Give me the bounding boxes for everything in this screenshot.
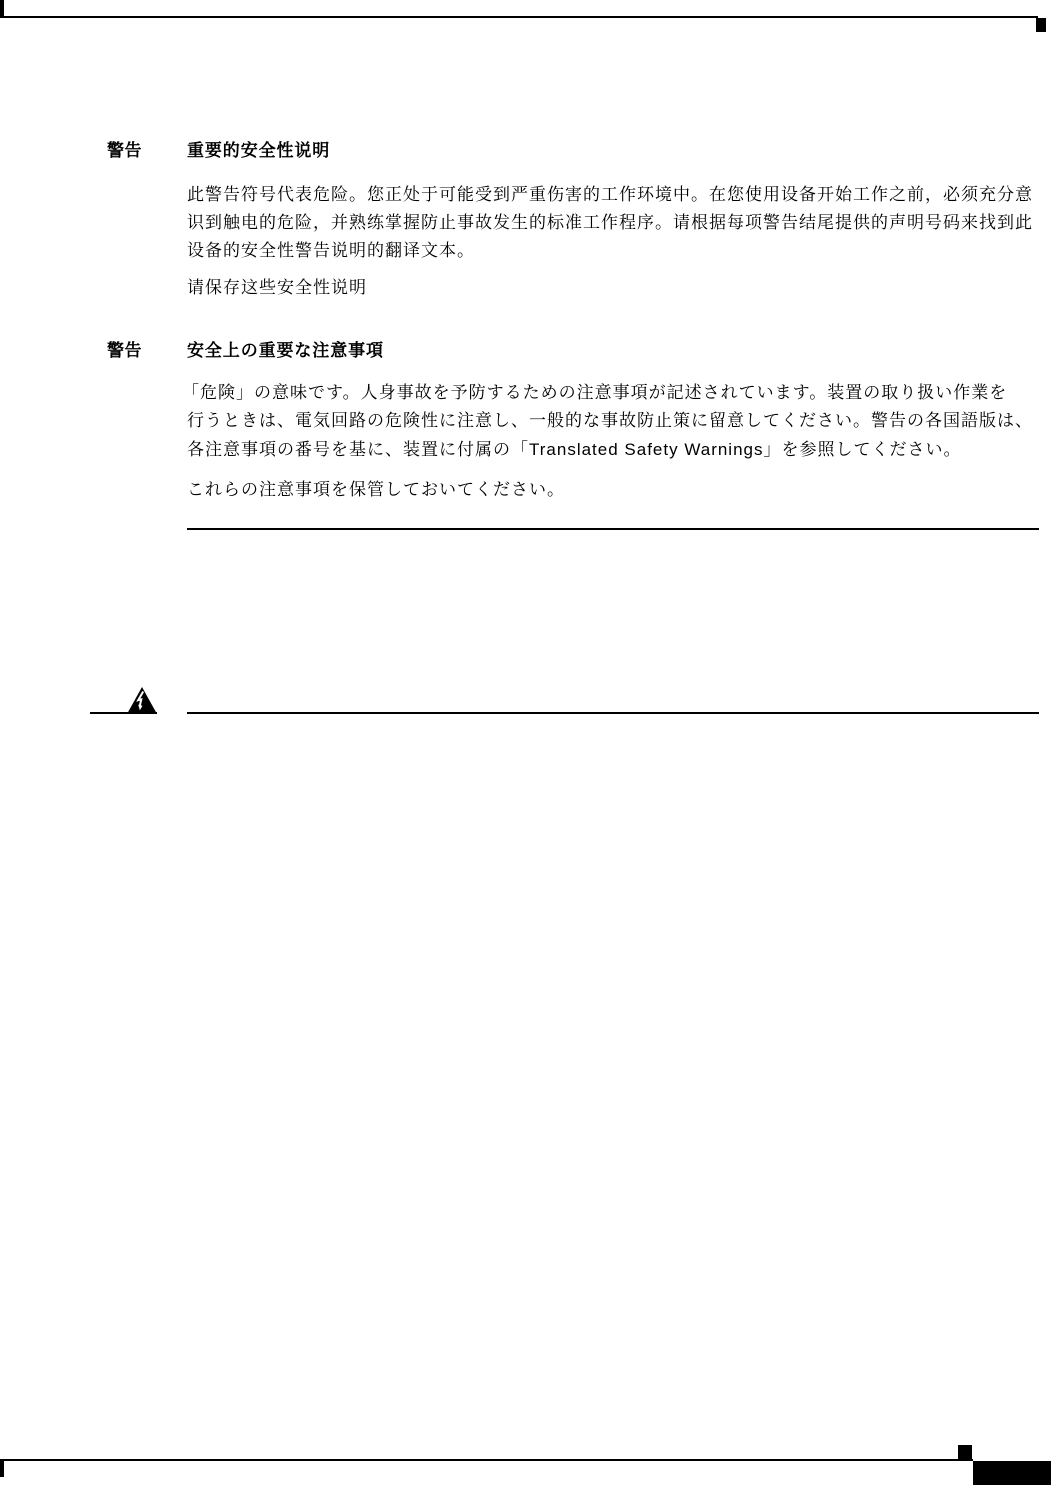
warning-body-line: 此警告符号代表危险。您正处于可能受到严重伤害的工作环境中。在您使用设备开始工作之… <box>187 185 1033 205</box>
warning-body-line: 「危険」の意味です。人身事故を予防するための注意事項が記述されています。装置の取… <box>182 383 1007 403</box>
warning-closing-zh: 请保存这些安全性说明 <box>187 278 367 298</box>
crop-mark-bottom-left <box>0 1461 4 1477</box>
warning-body-line: 识到触电的危险，并熟练掌握防止事故发生的标准工作程序。请根据每项警告结尾提供的声… <box>187 213 1033 233</box>
warning-end-rule <box>187 528 1039 530</box>
warning-label-ja: 警告 <box>107 341 142 361</box>
warning-body-line: 行うときは、電気回路の危険性に注意し、一般的な事故防止策に留意してください。警告… <box>187 411 1033 431</box>
warning-closing-ja: これらの注意事項を保管しておいてください。 <box>187 480 565 500</box>
warning-start-rule <box>187 712 1039 714</box>
page-header-rule <box>0 16 1038 18</box>
warning-title-zh: 重要的安全性说明 <box>187 141 330 161</box>
warning-body-line: 设备的安全性警告说明的翻译文本。 <box>187 241 475 261</box>
warning-body-line: 各注意事項の番号を基に、装置に付属の「Translated Safety War… <box>187 440 962 460</box>
warning-label-zh: 警告 <box>107 141 142 161</box>
electrical-hazard-warning-icon <box>127 687 157 714</box>
document-page: 警告 重要的安全性说明 此警告符号代表危险。您正处于可能受到严重伤害的工作环境中… <box>0 0 1051 1485</box>
warning-title-ja: 安全上の重要な注意事項 <box>187 341 384 361</box>
page-footer-rule <box>0 1459 973 1461</box>
crop-mark-top-left <box>0 0 4 16</box>
footer-page-tab <box>973 1461 1051 1485</box>
registration-mark-bottom-right <box>958 1445 972 1460</box>
registration-mark-top-right <box>1036 18 1046 32</box>
